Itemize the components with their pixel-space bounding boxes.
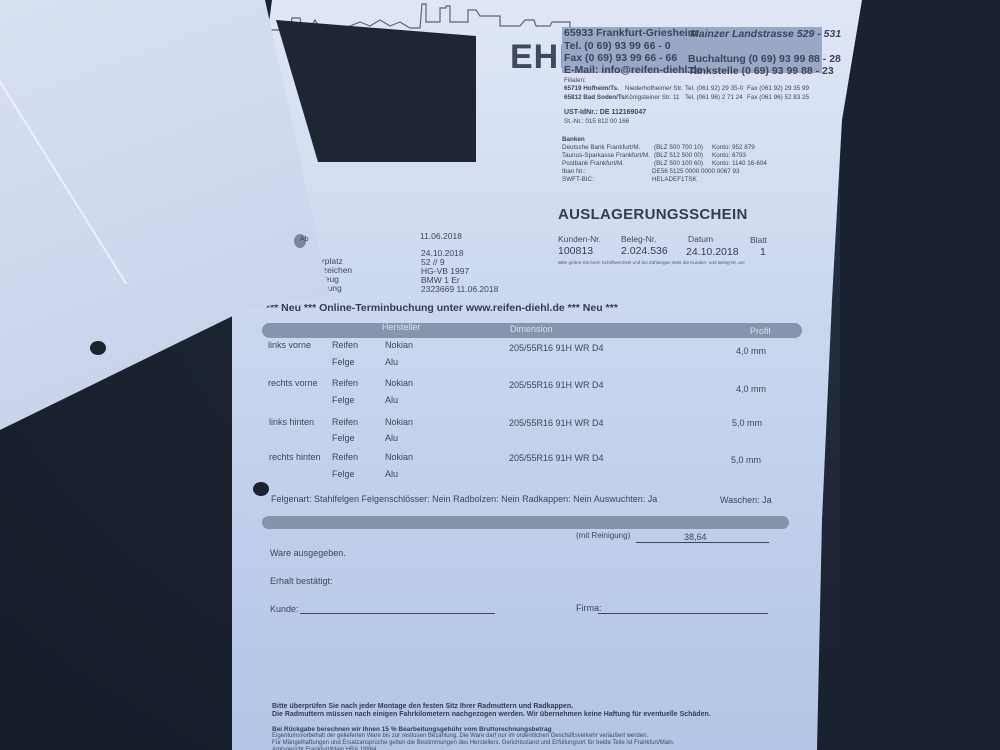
rechnung-value: 2323669 11.06.2018 <box>421 284 498 294</box>
row-dimension: 205/55R16 91H WR D4 <box>509 380 604 390</box>
datum-value: 24.10.2018 <box>686 246 739 258</box>
row-profil: 4,0 mm <box>736 384 766 394</box>
punch-hole <box>253 482 269 496</box>
document-title: AUSLAGERUNGSSCHEIN <box>558 206 748 223</box>
contact-tel: Tel. (0 69) 93 99 66 - 0 <box>564 40 671 52</box>
col-hersteller: Hersteller <box>382 322 421 332</box>
beleg-nr-label: Beleg-Nr. <box>621 234 656 244</box>
contact-tankstelle: Tankstelle (0 69) 93 99 88 - 23 <box>688 65 834 77</box>
filiale-2-name: 65812 Bad Soden/Ts. <box>564 94 627 101</box>
bic-value: HELADEF1TSK <box>652 176 697 183</box>
bank-3-blz: (BLZ 500 100 60) <box>654 160 703 167</box>
firma-signature-line[interactable] <box>598 613 768 614</box>
notice-eigentum: Eigentumsvorbehalt der gelieferten Ware … <box>272 733 648 739</box>
row-hersteller: Nokian <box>385 340 413 350</box>
erhalt-bestaetigt: Erhalt bestätigt: <box>270 576 333 586</box>
row-profil: 5,0 mm <box>732 418 762 428</box>
row-hersteller: Nokian <box>385 378 413 388</box>
row-felge-label: Felge <box>332 433 355 443</box>
datum-label: Datum <box>688 234 713 244</box>
promo-banner: *** Neu *** Online-Terminbuchung unter w… <box>266 302 618 314</box>
filiale-1-fax: Fax (061 92) 29 35 99 <box>747 85 809 92</box>
row-position: links hinten <box>269 417 314 427</box>
reinigung-label: (mit Reinigung) <box>576 531 630 540</box>
ware-ausgegeben: Ware ausgegeben. <box>270 548 346 558</box>
notice-radmuttern: Die Radmuttern müssen nach einigen Fahrk… <box>272 711 711 718</box>
row-hersteller: Nokian <box>385 417 413 427</box>
kunde-signature-line[interactable] <box>300 613 495 614</box>
row-reifen-label: Reifen <box>332 417 358 427</box>
notice-check: Bitte überprüfen Sie nach jeder Montage … <box>272 703 573 710</box>
background-right <box>840 0 1000 750</box>
notice-rueckgabe: Bei Rückgabe berechnen wir Ihnen 15 % Be… <box>272 726 552 733</box>
steuer-nr: St.-Nr.: 015 812 00 166 <box>564 118 629 125</box>
filiale-1-name: 65719 Hofheim/Ts. <box>564 85 619 92</box>
waschen-option: Waschen: Ja <box>720 495 772 505</box>
blatt-value: 1 <box>760 246 766 258</box>
partial-label-ab: Ab <box>300 236 309 243</box>
bank-3-konto: Konto: 1140 16-604 <box>712 160 767 167</box>
total-bar <box>262 516 789 529</box>
filiale-2-street: Königsteiner Str. 11 <box>625 94 680 101</box>
row-felge-label: Felge <box>332 395 355 405</box>
date-1: 11.06.2018 <box>420 231 462 241</box>
row-felge: Alu <box>385 433 398 443</box>
kunden-nr-label: Kunden-Nr. <box>558 234 601 244</box>
row-felge: Alu <box>385 357 398 367</box>
reinigung-line <box>636 542 769 543</box>
row-position: links vorne <box>268 340 311 350</box>
row-felge: Alu <box>385 395 398 405</box>
row-reifen-label: Reifen <box>332 378 358 388</box>
contact-city: 65933 Frankfurt-Griesheim <box>564 27 697 39</box>
contact-email[interactable]: E-Mail: info@reifen-diehl.de <box>564 64 703 76</box>
service-options: Felgenart: Stahlfelgen Felgenschlösser: … <box>271 494 657 504</box>
kunden-nr-value: 100813 <box>558 245 593 257</box>
beleg-nr-value: 2.024.536 <box>621 245 668 257</box>
kunde-label: Kunde: <box>270 604 299 614</box>
row-felge-label: Felge <box>332 469 355 479</box>
contact-street: Mainzer Landstrasse 529 - 531 <box>690 28 841 40</box>
filiale-1-street: Niederhofheimer Str. <box>625 85 683 92</box>
row-dimension: 205/55R16 91H WR D4 <box>509 343 604 353</box>
row-position: rechts hinten <box>269 452 321 462</box>
filiale-2-fax: Fax (061 96) 52 83 25 <box>747 94 809 101</box>
bic-label: SWFT-BIC: <box>562 176 594 183</box>
row-dimension: 205/55R16 91H WR D4 <box>509 453 604 463</box>
bank-3-name: Postbank Frankfurt/M. <box>562 160 624 167</box>
bank-2-name: Taunus-Sparkasse Frankfurt/M. <box>562 152 650 159</box>
bank-2-blz: (BLZ 512 500 00) <box>654 152 703 159</box>
contact-fax: Fax (0 69) 93 99 66 - 66 <box>564 52 677 64</box>
bank-1-konto: Konto: 952 879 <box>712 144 755 151</box>
filiale-2-tel: Tel. (061 96) 2 71 24 <box>685 94 743 101</box>
ust-idnr: UST-IdNr.: DE 112169047 <box>564 109 646 116</box>
contact-buchhaltung: Buchaltung (0 69) 93 99 88 - 28 <box>688 53 841 65</box>
notice-maengel: Für Mängelhaftungen und Ersatzansprüche … <box>272 740 674 746</box>
bank-1-blz: (BLZ 500 700 10) <box>654 144 703 151</box>
row-profil: 4,0 mm <box>736 346 766 356</box>
col-dimension: Dimension <box>510 324 553 334</box>
bank-2-konto: Konto: 6793 <box>712 152 746 159</box>
row-position: rechts vorne <box>268 378 318 388</box>
row-felge-label: Felge <box>332 357 355 367</box>
banken-label: Banken <box>562 136 585 143</box>
row-profil: 5,0 mm <box>731 455 761 465</box>
reference-note: Bitte geben Sie beim Schriftwechsel und … <box>558 260 745 265</box>
blatt-label: Blatt <box>750 235 767 245</box>
punch-hole <box>90 341 106 355</box>
bank-1-name: Deutsche Bank Frankfurt/M. <box>562 144 640 151</box>
row-reifen-label: Reifen <box>332 452 358 462</box>
row-dimension: 205/55R16 91H WR D4 <box>509 418 604 428</box>
row-reifen-label: Reifen <box>332 340 358 350</box>
firma-label: Firma: <box>576 603 602 613</box>
col-profil: Profil <box>750 326 771 336</box>
filialen-label: Filialen: <box>564 77 586 84</box>
row-hersteller: Nokian <box>385 452 413 462</box>
row-felge: Alu <box>385 469 398 479</box>
filiale-1-tel: Tel. (061 92) 29 35-0 <box>685 85 743 92</box>
iban-label: Iban Nr.: <box>562 168 586 175</box>
iban-value: DE56 5125 0000 0000 0067 93 <box>652 168 740 175</box>
reinigung-value: 38,64 <box>684 532 707 542</box>
